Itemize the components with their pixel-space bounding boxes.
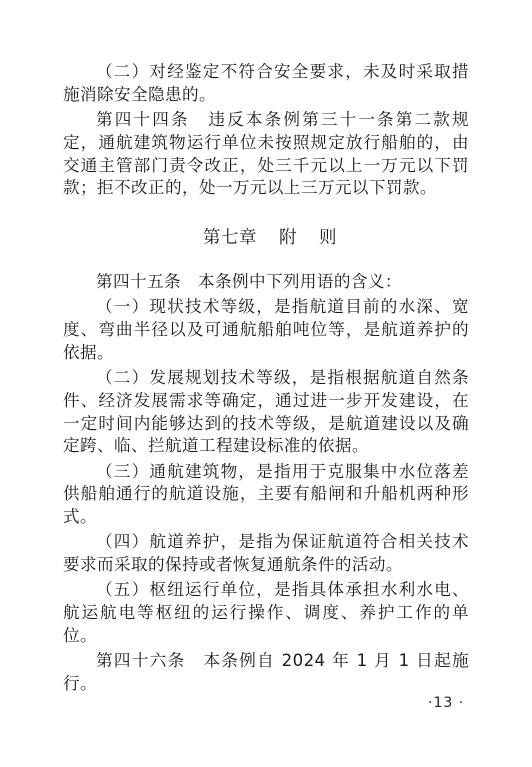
article-45: 第四十五条 本条例中下列用语的含义：: [63, 271, 469, 294]
definition-1: （一）现状技术等级，是指航道目前的水深、宽度、弯曲半径以及可通航船舶吨位等，是航…: [63, 296, 469, 364]
section-after-chapter: 第四十五条 本条例中下列用语的含义： （一）现状技术等级，是指航道目前的水深、宽…: [63, 271, 469, 698]
definition-3: （三）通航建筑物，是指用于克服集中水位落差供船舶通行的航道设施，主要有船闸和升船…: [63, 461, 469, 529]
chapter-heading: 第七章附则: [0, 226, 532, 250]
article-44: 第四十四条 违反本条例第三十一条第二款规定，通航建筑物运行单位未按照规定放行船舶…: [63, 109, 469, 200]
chapter-title-part2: 则: [319, 228, 337, 248]
document-page: （二）对经鉴定不符合安全要求，未及时采取措施消除安全隐患的。 第四十四条 违反本…: [0, 0, 532, 767]
definition-4: （四）航道养护，是指为保证航道符合相关技术要求而采取的保持或者恢复通航条件的活动…: [63, 531, 469, 577]
article-46: 第四十六条 本条例自 2024 年 1 月 1 日起施行。: [63, 650, 469, 696]
chapter-number: 第七章: [203, 228, 257, 248]
section-before-chapter: （二）对经鉴定不符合安全要求，未及时采取措施消除安全隐患的。 第四十四条 违反本…: [63, 61, 469, 203]
page-number: ·13 ·: [428, 694, 464, 712]
definition-5: （五）枢纽运行单位，是指具体承担水利水电、航运航电等枢纽的运行操作、调度、养护工…: [63, 579, 469, 647]
chapter-title-part1: 附: [279, 228, 297, 248]
paragraph-item-2-clause: （二）对经鉴定不符合安全要求，未及时采取措施消除安全隐患的。: [63, 61, 469, 107]
definition-2: （二）发展规划技术等级，是指根据航道自然条件、经济发展需求等确定，通过进一步开发…: [63, 367, 469, 458]
